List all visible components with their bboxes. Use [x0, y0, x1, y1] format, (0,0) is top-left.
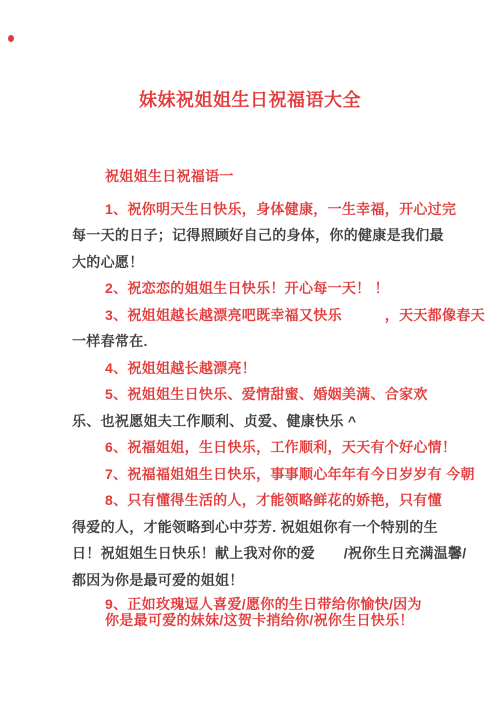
- text-line: 乐、也祝愿姐夫工作顺利、贞爱、健康快乐 ^: [72, 408, 440, 435]
- text-line: 日！祝姐姐生日快乐！献上我对你的爱 /祝你生日充满温馨/: [72, 540, 440, 567]
- document-page: 妹妹祝姐姐生日祝福语大全 祝姐姐生日祝福语一1、祝你明天生日快乐，身体健康，一生…: [0, 0, 500, 708]
- text-line: 8、只有懂得生活的人，才能领略鲜花的娇艳，只有懂: [72, 487, 440, 514]
- text-line: 4、祝姐姐越长越漂亮！: [72, 355, 440, 382]
- text-line: 5、祝姐姐生日快乐、爱情甜蜜、婚姻美满、合家欢: [72, 381, 440, 408]
- text-line: 得爱的人，才能领略到心中芬芳. 祝姐姐你有一个特别的生: [72, 514, 440, 541]
- text-line: 7、祝福福姐姐生日快乐，事事顺心年年有今日岁岁有 今朝: [72, 461, 440, 488]
- text-line: 祝姐姐生日祝福语一: [72, 163, 440, 190]
- text-line: 9、正如玫瑰逗人喜爱/愿你的生日带给你愉快/因为: [72, 597, 440, 613]
- text-line: 3、祝姐姐越长越漂亮吧既幸福又快乐 ，天天都像春天: [72, 302, 440, 329]
- document-body: 祝姐姐生日祝福语一1、祝你明天生日快乐，身体健康，一生幸福，开心过完每一天的日子…: [72, 163, 440, 628]
- text-line: 1、祝你明天生日快乐，身体健康，一生幸福，开心过完: [72, 196, 440, 223]
- text-line: 都因为你是最可爱的姐姐！: [72, 567, 440, 594]
- text-line: 一样春常在.: [72, 328, 440, 355]
- corner-mark-icon: [8, 35, 14, 42]
- text-line: 你是最可爱的妹妹/这贺卡捎给你/祝你生日快乐！: [72, 613, 440, 629]
- text-line: 每一天的日子；记得照顾好自己的身体，你的健康是我们最: [72, 222, 440, 249]
- page-title: 妹妹祝姐姐生日祝福语大全: [0, 86, 500, 112]
- text-line: 2、祝恋恋的姐姐生日快乐！开心每一天！ ！: [72, 275, 440, 302]
- text-line: 大的心愿！: [72, 249, 440, 276]
- text-line: 6、祝福姐姐，生日快乐，工作顺利，天天有个好心情！: [72, 434, 440, 461]
